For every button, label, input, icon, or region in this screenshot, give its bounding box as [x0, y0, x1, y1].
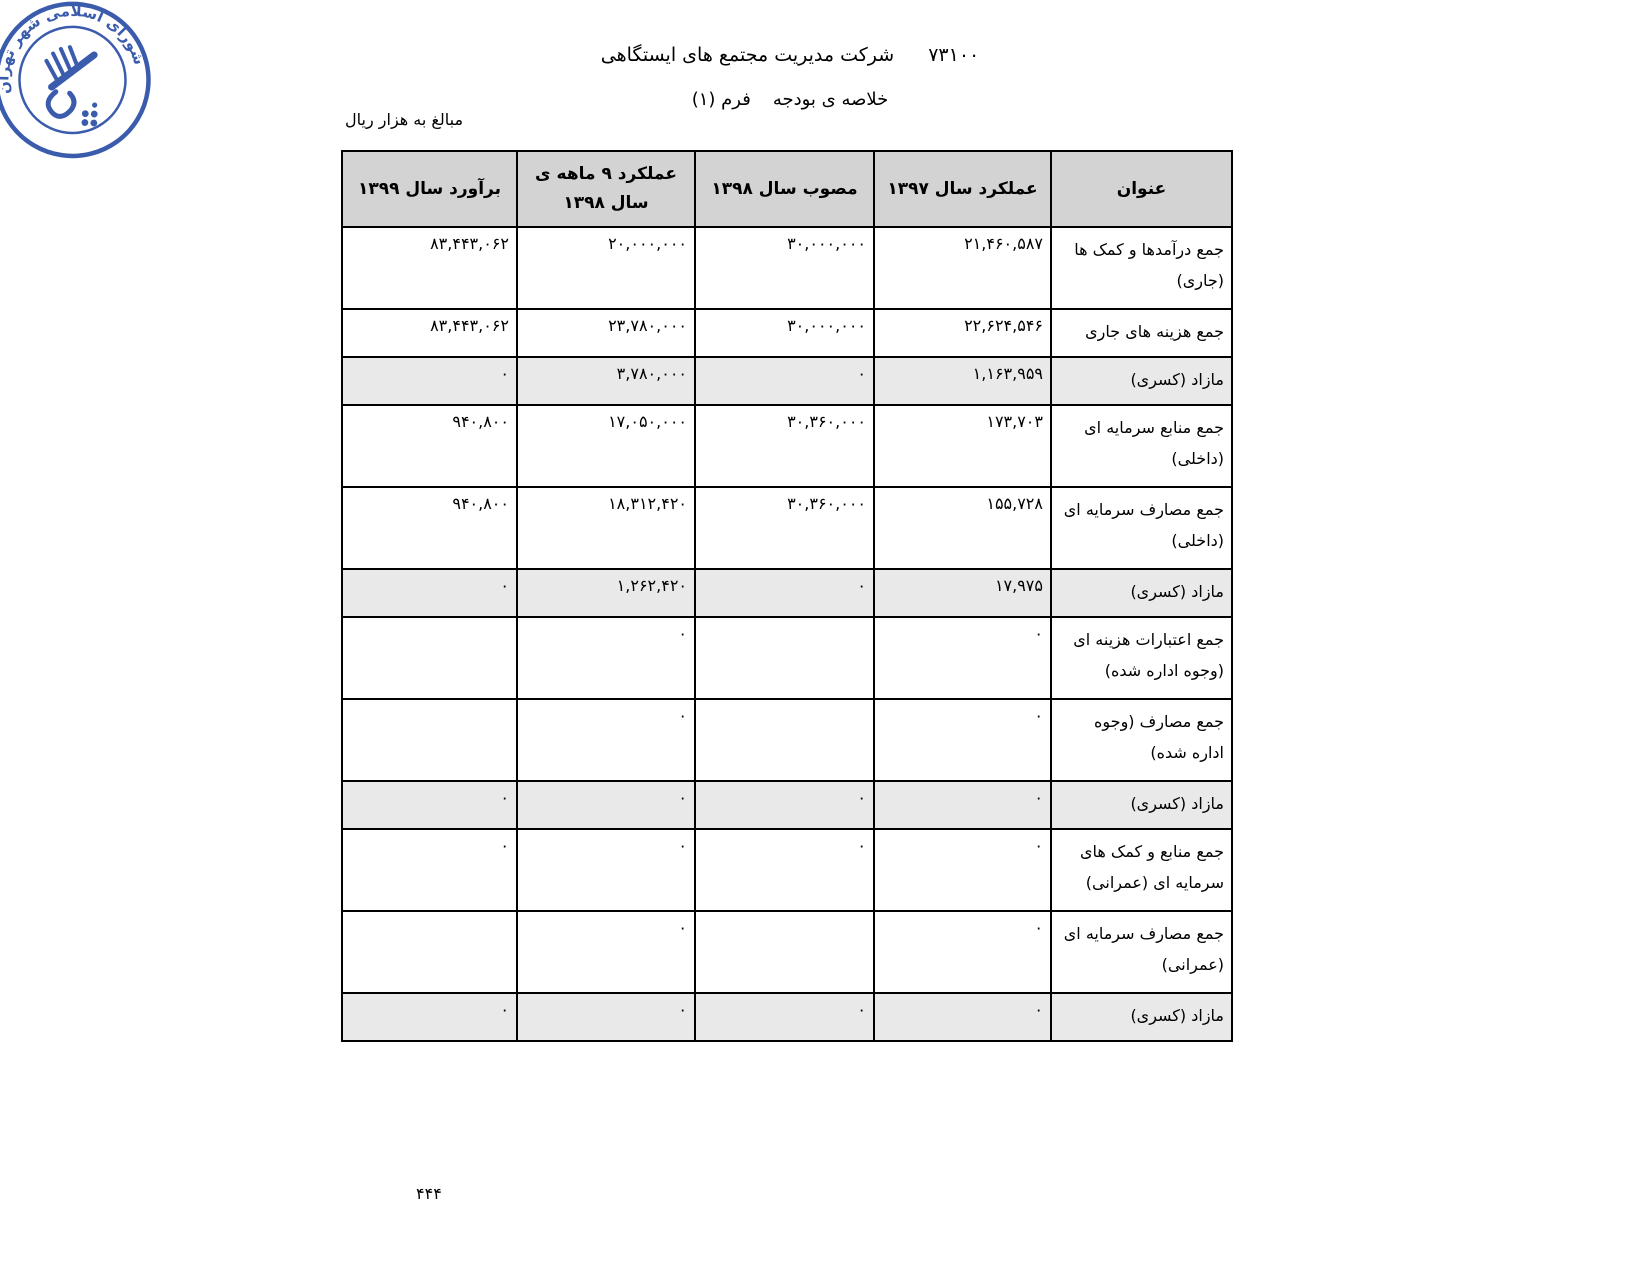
title-line: ۷۳۱۰۰شرکت مدیریت مجتمع های ایستگاهی	[0, 42, 1580, 69]
cell-9month-1398: ۳,۷۸۰,۰۰۰	[517, 357, 695, 405]
cell-estimate-1399: ۰	[342, 781, 517, 829]
table-header-row: برآورد سال ۱۳۹۹ عملکرد ۹ ماهه ی سال ۱۳۹۸…	[342, 151, 1232, 227]
cell-estimate-1399: ۰	[342, 829, 517, 911]
table-row: ۰ ۰ جمع مصارف سرمایه ای (عمرانی)	[342, 911, 1232, 993]
cell-row-title: جمع درآمدها و کمک ها (جاری)	[1051, 227, 1232, 309]
table-row: ۰ ۰ ۰ ۰ مازاد (کسری)	[342, 993, 1232, 1041]
cell-9month-1398: ۱,۲۶۲,۴۲۰	[517, 569, 695, 617]
table-row: ۹۴۰,۸۰۰ ۱۸,۳۱۲,۴۲۰ ۳۰,۳۶۰,۰۰۰ ۱۵۵,۷۲۸ جم…	[342, 487, 1232, 569]
cell-performance-1397: ۲۲,۶۲۴,۵۴۶	[874, 309, 1051, 357]
table-row: ۰ ۰ جمع مصارف (وجوه اداره شده)	[342, 699, 1232, 781]
cell-row-title: جمع هزینه های جاری	[1051, 309, 1232, 357]
cell-9month-1398: ۰	[517, 699, 695, 781]
document-header: ۷۳۱۰۰شرکت مدیریت مجتمع های ایستگاهی خلاص…	[0, 42, 1580, 112]
cell-estimate-1399	[342, 617, 517, 699]
cell-row-title: جمع منابع سرمایه ای (داخلی)	[1051, 405, 1232, 487]
cell-approved-1398	[695, 617, 874, 699]
cell-row-title: جمع منابع و کمک های سرمایه ای (عمرانی)	[1051, 829, 1232, 911]
table-row: ۸۳,۴۴۳,۰۶۲ ۲۰,۰۰۰,۰۰۰ ۳۰,۰۰۰,۰۰۰ ۲۱,۴۶۰,…	[342, 227, 1232, 309]
cell-estimate-1399: ۹۴۰,۸۰۰	[342, 405, 517, 487]
cell-row-title: جمع مصارف سرمایه ای (داخلی)	[1051, 487, 1232, 569]
cell-estimate-1399: ۰	[342, 569, 517, 617]
cell-estimate-1399	[342, 699, 517, 781]
cell-estimate-1399: ۸۳,۴۴۳,۰۶۲	[342, 227, 517, 309]
budget-document-page: { "colors": { "stamp_blue": "#2b4fa6", "…	[0, 0, 1650, 1275]
cell-row-title: مازاد (کسری)	[1051, 357, 1232, 405]
cell-9month-1398: ۰	[517, 829, 695, 911]
cell-row-title: جمع مصارف (وجوه اداره شده)	[1051, 699, 1232, 781]
table-row: ۹۴۰,۸۰۰ ۱۷,۰۵۰,۰۰۰ ۳۰,۳۶۰,۰۰۰ ۱۷۳,۷۰۳ جم…	[342, 405, 1232, 487]
cell-approved-1398: ۰	[695, 569, 874, 617]
cell-performance-1397: ۱۷۳,۷۰۳	[874, 405, 1051, 487]
subtitle-line: خلاصه ی بودجهفرم (۱)	[0, 87, 1580, 112]
cell-approved-1398: ۰	[695, 781, 874, 829]
org-code: ۷۳۱۰۰	[928, 44, 979, 66]
cell-row-title: جمع مصارف سرمایه ای (عمرانی)	[1051, 911, 1232, 993]
cell-row-title: مازاد (کسری)	[1051, 781, 1232, 829]
table-row: ۰ ۱,۲۶۲,۴۲۰ ۰ ۱۷,۹۷۵ مازاد (کسری)	[342, 569, 1232, 617]
cell-9month-1398: ۲۳,۷۸۰,۰۰۰	[517, 309, 695, 357]
cell-approved-1398	[695, 911, 874, 993]
cell-9month-1398: ۱۷,۰۵۰,۰۰۰	[517, 405, 695, 487]
col-header-9month-1398: عملکرد ۹ ماهه ی سال ۱۳۹۸	[517, 151, 695, 227]
col-header-estimate-1399: برآورد سال ۱۳۹۹	[342, 151, 517, 227]
cell-9month-1398: ۰	[517, 781, 695, 829]
table-row: ۸۳,۴۴۳,۰۶۲ ۲۳,۷۸۰,۰۰۰ ۳۰,۰۰۰,۰۰۰ ۲۲,۶۲۴,…	[342, 309, 1232, 357]
page-number: ۴۴۴	[416, 1184, 442, 1203]
cell-approved-1398	[695, 699, 874, 781]
cell-performance-1397: ۱۷,۹۷۵	[874, 569, 1051, 617]
cell-row-title: جمع اعتبارات هزینه ای (وجوه اداره شده)	[1051, 617, 1232, 699]
cell-row-title: مازاد (کسری)	[1051, 569, 1232, 617]
col-header-title: عنوان	[1051, 151, 1232, 227]
form-label: فرم (۱)	[692, 89, 751, 110]
cell-9month-1398: ۱۸,۳۱۲,۴۲۰	[517, 487, 695, 569]
cell-estimate-1399: ۰	[342, 993, 517, 1041]
table-row: ۰ ۰ ۰ ۰ جمع منابع و کمک های سرمایه ای (ع…	[342, 829, 1232, 911]
cell-performance-1397: ۱۵۵,۷۲۸	[874, 487, 1051, 569]
cell-approved-1398: ۰	[695, 993, 874, 1041]
cell-estimate-1399	[342, 911, 517, 993]
doc-title: خلاصه ی بودجه	[773, 89, 888, 110]
cell-performance-1397: ۰	[874, 781, 1051, 829]
col-header-approved-1398: مصوب سال ۱۳۹۸	[695, 151, 874, 227]
cell-estimate-1399: ۹۴۰,۸۰۰	[342, 487, 517, 569]
cell-approved-1398: ۰	[695, 357, 874, 405]
cell-performance-1397: ۰	[874, 617, 1051, 699]
cell-approved-1398: ۳۰,۰۰۰,۰۰۰	[695, 227, 874, 309]
cell-performance-1397: ۱,۱۶۳,۹۵۹	[874, 357, 1051, 405]
cell-approved-1398: ۰	[695, 829, 874, 911]
cell-approved-1398: ۳۰,۰۰۰,۰۰۰	[695, 309, 874, 357]
cell-estimate-1399: ۸۳,۴۴۳,۰۶۲	[342, 309, 517, 357]
cell-performance-1397: ۲۱,۴۶۰,۵۸۷	[874, 227, 1051, 309]
cell-performance-1397: ۰	[874, 829, 1051, 911]
cell-estimate-1399: ۰	[342, 357, 517, 405]
cell-performance-1397: ۰	[874, 993, 1051, 1041]
cell-9month-1398: ۰	[517, 617, 695, 699]
cell-row-title: مازاد (کسری)	[1051, 993, 1232, 1041]
cell-performance-1397: ۰	[874, 699, 1051, 781]
table-row: ۰ ۰ ۰ ۰ مازاد (کسری)	[342, 781, 1232, 829]
company-name: شرکت مدیریت مجتمع های ایستگاهی	[601, 44, 894, 66]
unit-note: مبالغ به هزار ریال	[345, 110, 463, 129]
cell-approved-1398: ۳۰,۳۶۰,۰۰۰	[695, 405, 874, 487]
col-header-performance-1397: عملکرد سال ۱۳۹۷	[874, 151, 1051, 227]
table-row: ۰ ۰ جمع اعتبارات هزینه ای (وجوه اداره شد…	[342, 617, 1232, 699]
cell-9month-1398: ۰	[517, 911, 695, 993]
cell-9month-1398: ۲۰,۰۰۰,۰۰۰	[517, 227, 695, 309]
budget-summary-table: برآورد سال ۱۳۹۹ عملکرد ۹ ماهه ی سال ۱۳۹۸…	[341, 150, 1233, 1042]
cell-9month-1398: ۰	[517, 993, 695, 1041]
cell-performance-1397: ۰	[874, 911, 1051, 993]
table-row: ۰ ۳,۷۸۰,۰۰۰ ۰ ۱,۱۶۳,۹۵۹ مازاد (کسری)	[342, 357, 1232, 405]
cell-approved-1398: ۳۰,۳۶۰,۰۰۰	[695, 487, 874, 569]
